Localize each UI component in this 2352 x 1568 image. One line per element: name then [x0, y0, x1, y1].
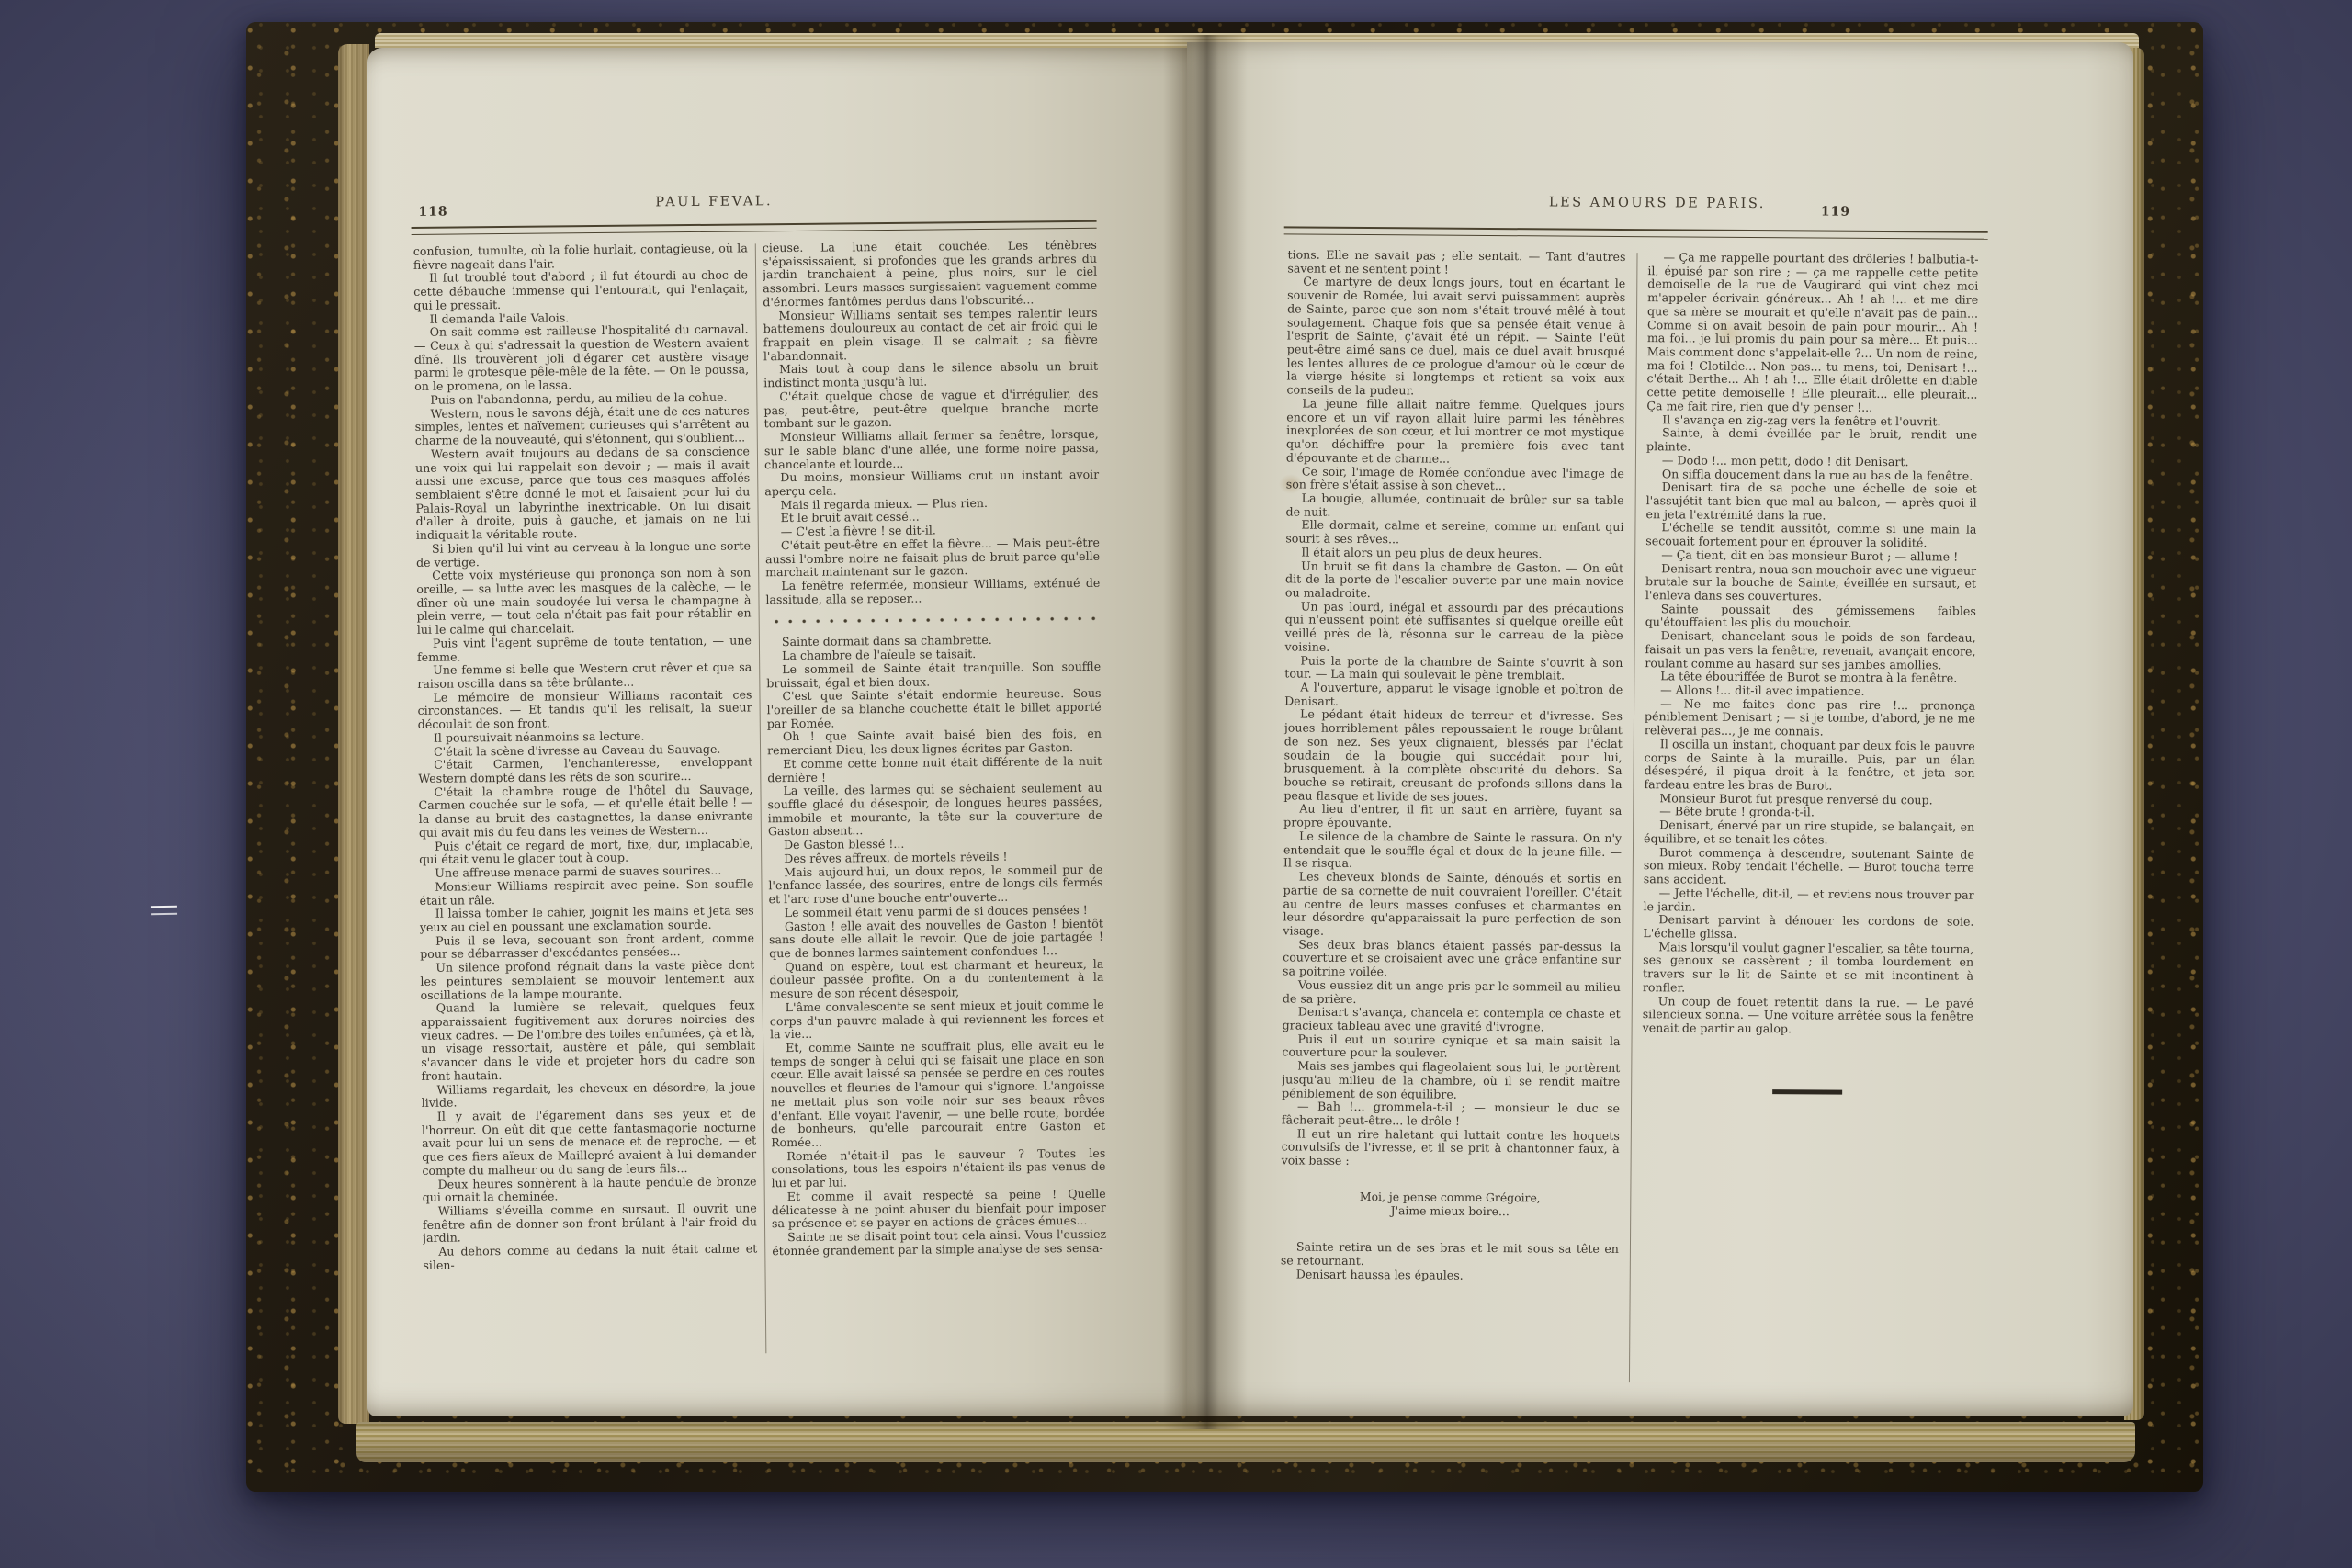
paragraph: Denisart, énervé par un rire stupide, se…	[1644, 818, 1974, 848]
paragraph: Sainte, à demi éveillée par le bruit, re…	[1646, 427, 1977, 457]
paragraph: Denisart, chancelant sous le poids de so…	[1645, 629, 1975, 672]
paragraph: Sainte poussait des gémissemens faibles …	[1645, 603, 1976, 632]
paragraph: L'âme convalescente se sent mieux et jou…	[770, 998, 1104, 1043]
paragraph: La jeune fille allait naître femme. Quel…	[1286, 397, 1625, 467]
text-column: confusion, tumulte, où la folie hurlait,…	[413, 242, 759, 1369]
right-page-content: LES AMOURS DE PARIS. 119 tions. Elle ne …	[1181, 39, 2136, 1419]
paragraph: Un silence profond régnait dans la vaste…	[420, 959, 754, 1003]
paragraph: La veille, des larmes qui se séchaient s…	[767, 782, 1102, 839]
paragraph: Il oscilla un instant, choquant par deux…	[1644, 738, 1974, 794]
paragraph: Western avait toujours au dedans de sa c…	[415, 445, 751, 543]
left-page: 118 PAUL FEVAL. confusion, tumulte, où l…	[367, 48, 1187, 1416]
paragraph: C'était quelque chose de vague et d'irré…	[763, 388, 1098, 432]
paragraph: Quand on espère, tout est charmant et he…	[769, 957, 1103, 1001]
paragraph: cieuse. La lune était couchée. Les ténèb…	[763, 239, 1098, 310]
paragraph: Denisart parvint à dénouer les cordons d…	[1643, 913, 1973, 942]
page-number-right: 119	[1821, 204, 1850, 219]
verse-line: J'aime mieux boire...	[1281, 1203, 1619, 1219]
paragraph: Au lieu d'entrer, il fit un saut en arri…	[1283, 803, 1622, 832]
paragraph: Sainte retira un de ses bras et le mit s…	[1281, 1241, 1619, 1270]
paragraph: C'est que Sainte s'était endormie heureu…	[766, 687, 1101, 731]
text-column: — Ça me rappelle pourtant des drôleries …	[1640, 251, 1979, 1377]
paragraph: Monsieur Williams allait fermer sa fenêt…	[764, 428, 1099, 472]
column-rule	[1629, 253, 1638, 1382]
paragraph: C'était peut-être en effet la fièvre... …	[765, 536, 1100, 581]
paragraph: Monsieur Williams sentait ses tempes ral…	[763, 306, 1098, 363]
paragraph: Il eut un rire haletant qui luttait cont…	[1282, 1127, 1620, 1170]
paragraph: On sait comme est railleuse l'hospitalit…	[414, 323, 750, 394]
paragraph: Quand la lumière se relevait, quelques f…	[421, 999, 756, 1084]
page-block: 118 PAUL FEVAL. confusion, tumulte, où l…	[338, 35, 2139, 1457]
paragraph: Western, nous le savons déjà, était une …	[414, 404, 749, 448]
paragraph: Le pédant était hideux de terreur et d'i…	[1283, 708, 1623, 806]
section-end-bar	[1772, 1089, 1842, 1095]
paragraph: Gaston ! elle avait des nouvelles de Gas…	[769, 917, 1103, 961]
open-book: 118 PAUL FEVAL. confusion, tumulte, où l…	[246, 22, 2203, 1492]
paragraph: Cette voix mystérieuse qui prononça son …	[416, 567, 752, 637]
paragraph: Mais aujourd'hui, un doux repos, le somm…	[768, 863, 1102, 907]
paragraph: — Jette l'échelle, dit-il, — et reviens …	[1644, 886, 1974, 916]
paragraph: La fenêtre refermée, monsieur Williams, …	[765, 577, 1100, 607]
paragraph: Et, comme Sainte ne souffrait plus, elle…	[770, 1039, 1105, 1150]
paragraph: Il laissa tomber le cahier, joignit les …	[420, 905, 754, 935]
paragraph: Ses deux bras blancs étaient passés par-…	[1283, 938, 1621, 981]
paragraph: La bougie, allumée, continuait de brûler…	[1285, 491, 1623, 521]
paragraph: Puis la porte de la chambre de Sainte s'…	[1284, 654, 1623, 683]
paragraph: Mais ses jambes qui flageolaient sous lu…	[1282, 1060, 1620, 1103]
paragraph: Un bruit se fit dans la chambre de Gasto…	[1285, 559, 1623, 603]
paragraph: Il y avait de l'égarement dans ses yeux …	[422, 1107, 757, 1178]
paragraph: tions. Elle ne savait pas ; elle sentait…	[1287, 248, 1625, 277]
paragraph: Un coup de fouet retentit dans la rue. —…	[1643, 995, 1973, 1038]
paragraph: Denisart tira de sa poche une échelle de…	[1645, 480, 1976, 524]
paragraph: Romée n'était-il pas le sauveur ? Toutes…	[771, 1146, 1105, 1190]
paragraph: Puis il eut un sourire cynique et sa mai…	[1282, 1032, 1620, 1062]
paragraph: Du moins, monsieur Williams crut un inst…	[764, 468, 1099, 499]
paragraph: Les cheveux blonds de Sainte, dénoués et…	[1283, 870, 1622, 940]
dotted-separator	[768, 615, 1099, 624]
page-stack-bottom-edge	[356, 1422, 2135, 1462]
paragraph: Ce soir, l'image de Romée confondue avec…	[1286, 465, 1624, 494]
paragraph: Au dehors comme au dedans la nuit était …	[423, 1243, 757, 1273]
paragraph: — Bah !... grommela-t-il ; — monsieur le…	[1282, 1100, 1620, 1130]
paragraph: Un pas lourd, inégal et assourdi par des…	[1284, 600, 1623, 656]
paragraph: Elle dormait, calme et sereine, comme un…	[1285, 519, 1623, 548]
running-title-right: LES AMOURS DE PARIS.	[1549, 195, 1766, 211]
paragraph: Denisart haussa les épaules.	[1281, 1268, 1619, 1283]
running-title-left: PAUL FEVAL.	[655, 194, 773, 209]
paragraph: — Ça me rappelle pourtant des drôleries …	[1646, 251, 1978, 415]
paragraph: Denisart s'avança, chancela et contempla…	[1283, 1006, 1621, 1035]
text-column: tions. Elle ne savait pas ; elle sentait…	[1280, 248, 1626, 1375]
header-rule-right	[1284, 226, 1988, 239]
left-page-content: 118 PAUL FEVAL. confusion, tumulte, où l…	[364, 43, 1196, 1419]
scale-mark	[151, 906, 177, 916]
paragraph: Une femme si belle que Western crut rêve…	[417, 661, 752, 692]
paragraph: Denisart rentra, noua son mouchoir avec …	[1645, 562, 1976, 605]
paragraph: Vous eussiez dit un ange pris par le som…	[1283, 978, 1621, 1008]
paragraph: L'échelle se tendit aussitôt, comme si u…	[1645, 522, 1976, 551]
right-page: LES AMOURS DE PARIS. 119 tions. Elle ne …	[1187, 42, 2133, 1416]
song-verse: Moi, je pense comme Grégoire,J'aime mieu…	[1281, 1190, 1619, 1219]
paragraph: C'était la chambre rouge de l'hôtel du S…	[418, 783, 753, 840]
paragraph: Il fut troublé tout d'abord ; il fut éto…	[413, 269, 748, 313]
paragraph: Burot commença à descendre, soutenant Sa…	[1644, 846, 1974, 889]
header-rule-left	[412, 220, 1097, 235]
paragraph: Et comme il avait respecté sa peine ! Qu…	[772, 1188, 1106, 1232]
paragraph: Le mémoire de monsieur Williams racontai…	[417, 688, 752, 732]
paragraph: Ce martyre de deux longs jours, tout en …	[1286, 276, 1625, 400]
paragraph: C'était Carmen, l'enchanteresse, envelop…	[418, 756, 752, 786]
paragraph: Sainte ne se disait point tout cela ains…	[772, 1228, 1106, 1258]
page-number-left: 118	[418, 205, 447, 220]
paragraph: Williams s'éveilla comme en sursaut. Il …	[423, 1201, 757, 1246]
paragraph: A l'ouverture, apparut le visage ignoble…	[1284, 681, 1623, 710]
paragraph: Le silence de la chambre de Sainte le ra…	[1283, 829, 1622, 873]
text-column: cieuse. La lune était couchée. Les ténèb…	[763, 239, 1108, 1366]
paragraph: Mais tout à coup dans le silence absolu …	[763, 360, 1098, 390]
paragraph: Oh ! que Sainte avait baisé bien des foi…	[767, 728, 1102, 758]
paragraph: Mais lorsqu'il voulut gagner l'escalier,…	[1643, 941, 1973, 997]
paragraph: — Ne me faites donc pas rire !... pronon…	[1645, 697, 1975, 740]
